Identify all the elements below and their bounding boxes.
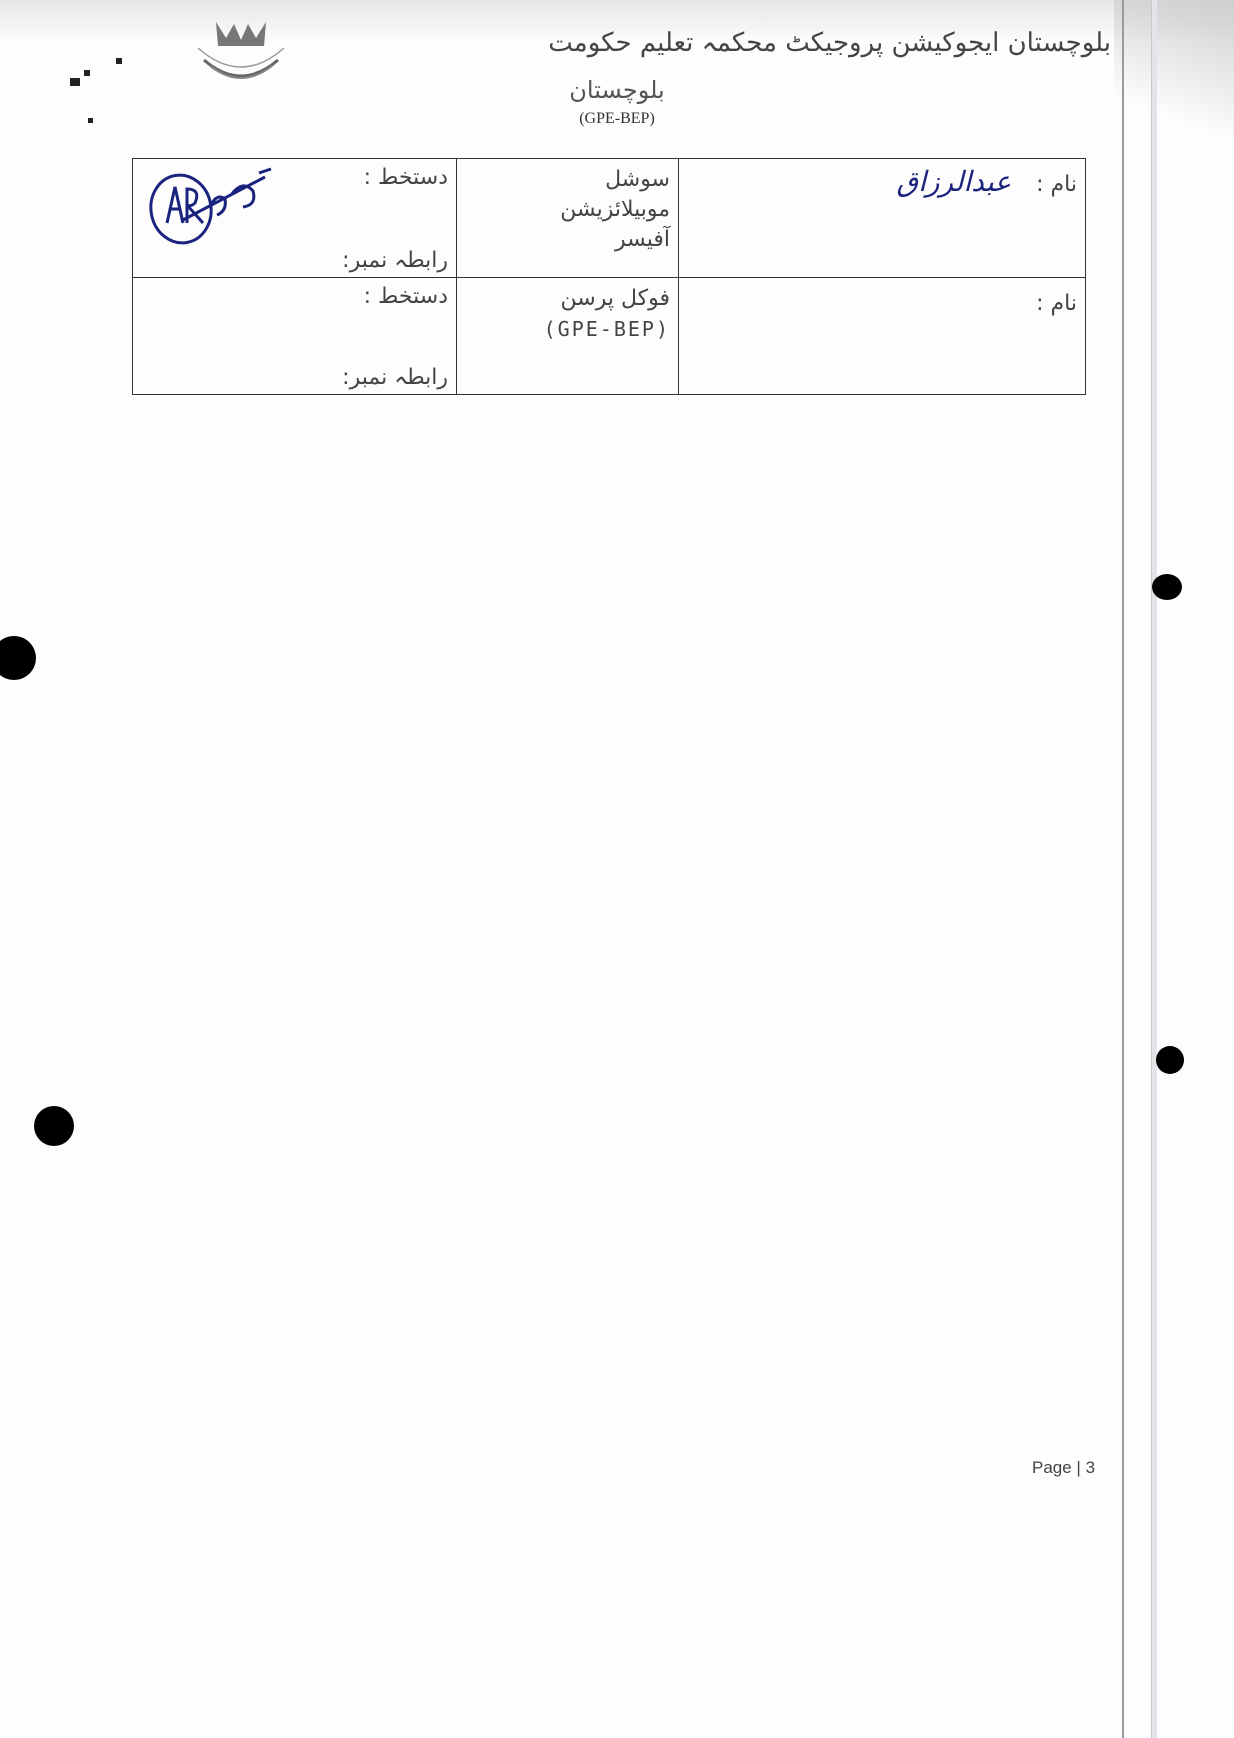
scan-speck bbox=[116, 58, 122, 64]
name-cell: نام : bbox=[679, 278, 1086, 395]
paper-edge-line bbox=[1151, 0, 1157, 1738]
project-code: (GPE-BEP) bbox=[0, 110, 1234, 128]
role-line: (GPE-BEP) bbox=[465, 314, 670, 344]
role-cell: فوکل پرسن (GPE-BEP) bbox=[457, 278, 679, 395]
role-line: فوکل پرسن bbox=[465, 284, 670, 314]
role-line: آفیسر bbox=[465, 225, 670, 255]
table-row: نام : فوکل پرسن (GPE-BEP) دستخط : رابطہ … bbox=[133, 278, 1086, 395]
role-line: سوشل bbox=[465, 165, 670, 195]
signature-label: دستخط : bbox=[141, 284, 448, 309]
punch-hole bbox=[0, 636, 36, 680]
role-line: موبیلائزیشن bbox=[465, 195, 670, 225]
document-subtitle: بلوچستان bbox=[0, 76, 1234, 104]
contact-number-label: رابطہ نمبر: bbox=[342, 365, 448, 390]
handwritten-signature bbox=[147, 165, 277, 247]
name-label: نام : bbox=[1036, 172, 1077, 197]
name-value: عبدالرزاق bbox=[897, 165, 1012, 198]
signature-cell: دستخط : رابطہ نمبر: bbox=[133, 278, 457, 395]
page-number: Page | 3 bbox=[1032, 1458, 1095, 1478]
punch-hole bbox=[1156, 1046, 1184, 1074]
role-cell: سوشل موبیلائزیشن آفیسر bbox=[457, 159, 679, 278]
punch-hole bbox=[34, 1106, 74, 1146]
punch-hole bbox=[1152, 574, 1182, 600]
signature-cell: دستخط : رابطہ نمبر: bbox=[133, 159, 457, 278]
paper-edge-line bbox=[1122, 0, 1124, 1738]
name-cell: نام : عبدالرزاق bbox=[679, 159, 1086, 278]
table-row: نام : عبدالرزاق سوشل موبیلائزیشن آفیسر د… bbox=[133, 159, 1086, 278]
contact-number-label: رابطہ نمبر: bbox=[342, 248, 448, 273]
document-title: بلوچستان ایجوکیشن پروجیکٹ محکمہ تعلیم حک… bbox=[548, 28, 1111, 58]
signature-table: نام : عبدالرزاق سوشل موبیلائزیشن آفیسر د… bbox=[132, 158, 1086, 395]
name-label: نام : bbox=[1036, 291, 1077, 316]
